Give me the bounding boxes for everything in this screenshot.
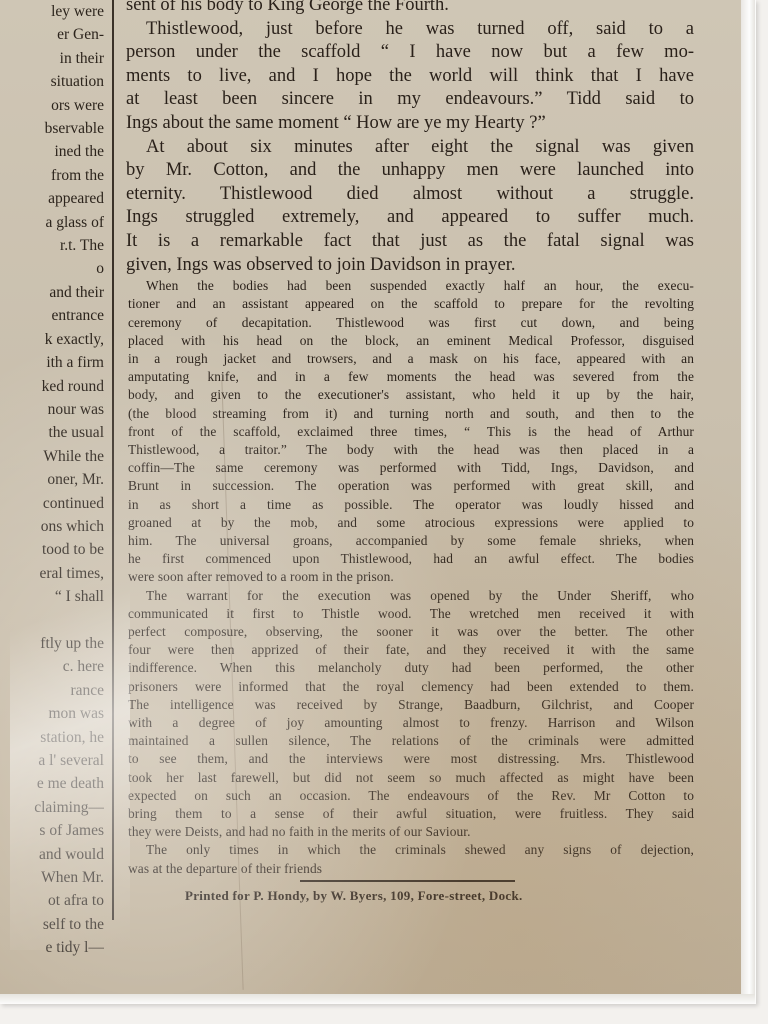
- text-line: The warrant for the execution was opened…: [128, 587, 694, 605]
- left-column-line: a glass of: [0, 211, 104, 234]
- left-column-line: ftly up the: [0, 632, 104, 655]
- left-column-line: from the: [0, 164, 104, 187]
- left-column-fragments: ley wereer Gen-in theirsituationors were…: [0, 0, 104, 960]
- text-line: tioner and an assistant appeared on the …: [128, 295, 694, 313]
- left-column-line: e me death: [0, 772, 104, 795]
- text-line: prisoners were informed that the royal c…: [128, 678, 694, 696]
- text-line: It is a remarkable fact that just as the…: [126, 230, 694, 254]
- text-line: indifference. When this melancholy duty …: [128, 659, 694, 677]
- text-line: eternity. Thistlewood died almost withou…: [126, 183, 694, 207]
- left-column-line: er Gen-: [0, 23, 104, 46]
- left-column-line: ined the: [0, 140, 104, 163]
- large-type-section: sent of his body to King George the Four…: [104, 0, 694, 277]
- left-column-line: ked round: [0, 375, 104, 398]
- left-column-line: situation: [0, 70, 104, 93]
- main-column: sent of his body to King George the Four…: [104, 0, 694, 878]
- text-line: Ings struggled extremely, and appeared t…: [126, 206, 694, 230]
- text-line: bring them to a sense of their awful sit…: [128, 805, 694, 823]
- text-line: by Mr. Cotton, and the unhappy men were …: [126, 159, 694, 183]
- text-line: given, Ings was observed to join Davidso…: [126, 254, 694, 278]
- left-column-line: When Mr.: [0, 866, 104, 889]
- left-column-line: r.t. The: [0, 234, 104, 257]
- text-line: amputating knife, and in a few moments t…: [128, 368, 694, 386]
- left-column-line: ons which: [0, 515, 104, 538]
- text-line: Thistlewood, just before he was turned o…: [126, 18, 694, 42]
- text-line: person under the scaffold “ I have now b…: [126, 41, 694, 65]
- left-column-line: station, he: [0, 726, 104, 749]
- left-column-line: oner, Mr.: [0, 468, 104, 491]
- text-line: sent of his body to King George the Four…: [126, 0, 694, 18]
- text-line: in a rough jacket and trowsers, and a ma…: [128, 350, 694, 368]
- text-line: perfect composure, observing, the sooner…: [128, 623, 694, 641]
- left-column-line: the usual: [0, 421, 104, 444]
- left-column-line: “ I shall: [0, 585, 104, 608]
- left-column-line: entrance: [0, 304, 104, 327]
- left-column-line: k exactly,: [0, 328, 104, 351]
- plastic-sleeve-edge: [741, 0, 755, 1004]
- printer-imprint: Printed for P. Hondy, by W. Byers, 109, …: [185, 888, 625, 904]
- left-column-line: in their: [0, 47, 104, 70]
- text-line: was at the departure of their friends: [128, 860, 694, 878]
- left-column-line: appeared: [0, 187, 104, 210]
- text-line: ceremony of decapitation. Thistlewood wa…: [128, 314, 694, 332]
- text-line: ments to live, and I hope the world will…: [126, 65, 694, 89]
- text-line: in as short a time as possible. The oper…: [128, 496, 694, 514]
- left-column-line: c. here: [0, 655, 104, 678]
- text-line: expected on such an occasion. The endeav…: [128, 787, 694, 805]
- left-column-line: continued: [0, 492, 104, 515]
- text-line: The intelligence was received by Strange…: [128, 696, 694, 714]
- text-line: four were then apprized of their fate, a…: [128, 641, 694, 659]
- text-line: took her last farewell, but did not seem…: [128, 769, 694, 787]
- text-line: groaned at by the mob, and some atrociou…: [128, 514, 694, 532]
- left-column-line: ley were: [0, 0, 104, 23]
- text-line: The only times in which the criminals sh…: [128, 841, 694, 859]
- imprint-rule: [300, 880, 515, 882]
- left-column-line: tood to be: [0, 538, 104, 561]
- left-column-line: and would: [0, 843, 104, 866]
- text-line: he first commenced upon Thistlewood, had…: [128, 550, 694, 568]
- left-column-line: self to the: [0, 913, 104, 936]
- text-line: Brunt in succession. The operation was p…: [128, 477, 694, 495]
- text-line: him. The universal groans, accompanied b…: [128, 532, 694, 550]
- text-line: maintained a sullen silence, The relatio…: [128, 732, 694, 750]
- newspaper-page: ley wereer Gen-in theirsituationors were…: [0, 0, 741, 994]
- left-column-line: a l' several: [0, 749, 104, 772]
- text-line: at least been sincere in my endeavours.”…: [126, 88, 694, 112]
- left-column-line: s of James: [0, 819, 104, 842]
- left-column-line: e tidy l—: [0, 936, 104, 959]
- text-line: When the bodies had been suspended exact…: [128, 277, 694, 295]
- left-column-line: and their: [0, 281, 104, 304]
- text-line: At about six minutes after eight the sig…: [126, 136, 694, 160]
- small-type-section: When the bodies had been suspended exact…: [104, 277, 694, 878]
- text-line: coffin—The same ceremony was performed w…: [128, 459, 694, 477]
- left-column-line: rance: [0, 679, 104, 702]
- left-column-line: ot afra to: [0, 889, 104, 912]
- left-column-line: o: [0, 257, 104, 280]
- text-line: (the blood streaming from it) and turnin…: [128, 405, 694, 423]
- text-line: front of the scaffold, exclaimed three t…: [128, 423, 694, 441]
- text-line: with a degree of joy amounting almost to…: [128, 714, 694, 732]
- text-line: communicated it first to Thistle wood. T…: [128, 605, 694, 623]
- left-column-line: ith a firm: [0, 351, 104, 374]
- left-column-line: eral times,: [0, 562, 104, 585]
- left-column-line: nour was: [0, 398, 104, 421]
- text-line: placed with his head on the block, an em…: [128, 332, 694, 350]
- left-column-line: ors were: [0, 94, 104, 117]
- left-column-line: mon was: [0, 702, 104, 725]
- left-column-line: claiming—: [0, 796, 104, 819]
- left-column-line: bservable: [0, 117, 104, 140]
- text-line: they were Deists, and had no faith in th…: [128, 823, 694, 841]
- plastic-sleeve-bottom: [0, 994, 755, 1004]
- text-line: were soon after removed to a room in the…: [128, 568, 694, 586]
- text-line: Ings about the same moment “ How are ye …: [126, 112, 694, 136]
- left-column-line: [0, 609, 104, 632]
- text-line: body, and given to the executioner's ass…: [128, 386, 694, 404]
- text-line: Thistlewood, a traitor.” The body with t…: [128, 441, 694, 459]
- text-line: to see them, and the interviews were mos…: [128, 750, 694, 768]
- left-column-line: While the: [0, 445, 104, 468]
